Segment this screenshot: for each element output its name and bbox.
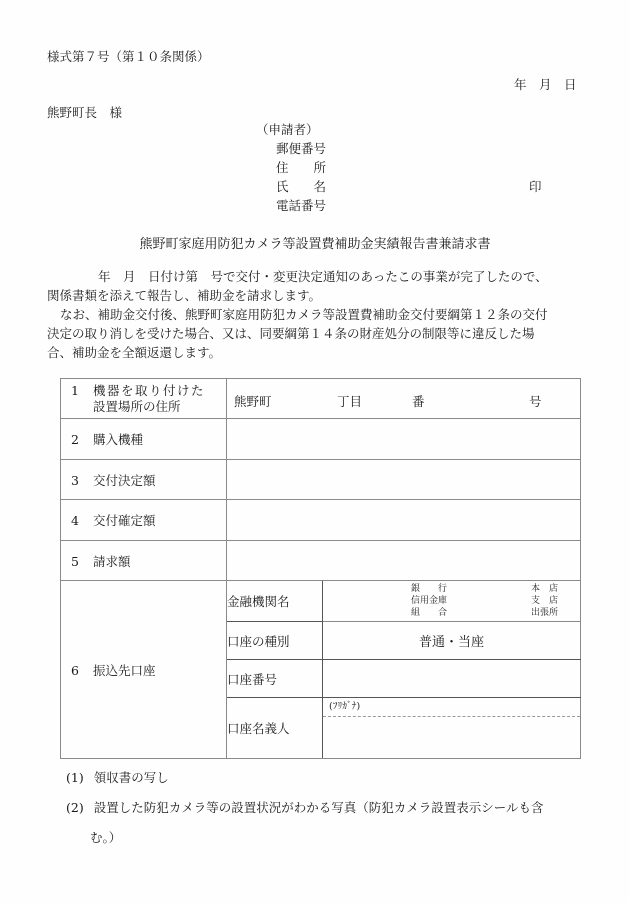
row-label-cell: 3交付決定額 — [61, 460, 227, 500]
date-field: 年 月 日 — [514, 75, 577, 93]
table-row-confirmed-amount: 4交付確定額 — [61, 500, 581, 541]
decided-amount-field[interactable] — [227, 460, 581, 500]
sub-label-account-type: 口座の種別 — [227, 622, 323, 660]
sub-label-account-number: 口座番号 — [227, 660, 323, 698]
address-chome: 丁目 — [337, 392, 362, 410]
attachment-text: 領収書の写し — [94, 770, 169, 785]
form-number: 様式第７号（第１０条関係） — [47, 47, 210, 65]
attachment-item: (1) 領収書の写し — [66, 768, 169, 786]
row-number: 5 — [61, 554, 93, 569]
account-holder-cell: (ﾌﾘｶﾞﾅ) — [323, 698, 581, 759]
bank-type-bank: 銀 行 — [411, 583, 447, 595]
row-label-cell: 6振込先口座 — [61, 581, 227, 759]
report-table: 1 機器を取り付けた 設置場所の住所 熊野町 丁目 番 号 2購入機種 3交付決… — [60, 378, 581, 759]
table-row-bank-name: 6振込先口座 金融機関名 銀 行 信用金庫 組 合 本 店 支 店 出張所 — [61, 581, 581, 622]
document-title: 熊野町家庭用防犯カメラ等設置費補助金実績報告書兼請求書 — [0, 233, 630, 252]
attachment-number: (2) — [66, 800, 84, 815]
row-label-cell: 4交付確定額 — [61, 500, 227, 541]
row-number: 4 — [61, 513, 93, 528]
row-label-line-1: 機器を取り付けた — [93, 383, 205, 399]
name-label: 氏 名 — [276, 177, 326, 195]
row-number: 1 — [61, 383, 93, 415]
install-address-field[interactable]: 熊野町 丁目 番 号 — [227, 379, 581, 419]
row-label: 交付決定額 — [93, 473, 156, 488]
furigana-label: (ﾌﾘｶﾞﾅ) — [329, 701, 360, 712]
phone-label: 電話番号 — [276, 196, 326, 214]
applicant-heading: （申請者） — [256, 120, 319, 138]
model-field[interactable] — [227, 419, 581, 460]
address-label: 住 所 — [276, 158, 326, 176]
furigana-field[interactable]: (ﾌﾘｶﾞﾅ) — [323, 698, 580, 717]
table-row-install-address: 1 機器を取り付けた 設置場所の住所 熊野町 丁目 番 号 — [61, 379, 581, 419]
table-row-decided-amount: 3交付決定額 — [61, 460, 581, 500]
bank-name-field[interactable]: 銀 行 信用金庫 組 合 本 店 支 店 出張所 — [323, 581, 581, 622]
address-go: 号 — [529, 392, 542, 410]
addressee: 熊野町長 様 — [47, 103, 122, 121]
row-label: 振込先口座 — [93, 663, 156, 678]
row-label: 購入機種 — [93, 432, 143, 447]
confirmed-amount-field[interactable] — [227, 500, 581, 541]
attachment-item: (2) 設置した防犯カメラ等の設置状況がわかる写真（防犯カメラ設置表示シールも含 — [66, 798, 543, 816]
account-number-field[interactable] — [323, 660, 581, 698]
address-town: 熊野町 — [234, 392, 272, 410]
row-label-cell: 2購入機種 — [61, 419, 227, 460]
row-number: 6 — [61, 663, 93, 678]
row-number: 2 — [61, 432, 93, 447]
attachment-text-line-1: 設置した防犯カメラ等の設置状況がわかる写真（防犯カメラ設置表示シールも含 — [94, 800, 544, 815]
row-label: 請求額 — [93, 554, 131, 569]
address-ban: 番 — [412, 392, 425, 410]
body-paragraph-2-line-2: 決定の取り消しを受けた場合、又は、同要綱第１４条の財産処分の制限等に違反した場 — [47, 324, 535, 342]
attachment-text-line-2: む。） — [90, 828, 121, 846]
bank-type-kumiai: 組 合 — [411, 607, 447, 619]
row-label-cell: 1 機器を取り付けた 設置場所の住所 — [61, 379, 227, 419]
body-paragraph-2-line-1: なお、補助金交付後、熊野町家庭用防犯カメラ等設置費補助金交付要綱第１２条の交付 — [60, 305, 548, 323]
seal-mark: 印 — [529, 177, 542, 195]
body-paragraph-1-line-2: 関係書類を添えて報告し、補助金を請求します。 — [47, 286, 321, 304]
bank-type-shinkin: 信用金庫 — [411, 595, 447, 607]
row-label-cell: 5請求額 — [61, 541, 227, 581]
account-type-select[interactable]: 普通・当座 — [323, 622, 581, 660]
body-paragraph-1-line-1: 年 月 日付け第 号で交付・変更決定通知のあったこの事業が完了したので、 — [98, 267, 548, 285]
branch-type-office: 出張所 — [531, 607, 558, 619]
branch-type-branch: 支 店 — [531, 595, 558, 607]
table-row-model: 2購入機種 — [61, 419, 581, 460]
account-holder-field[interactable] — [323, 717, 580, 758]
branch-type-main: 本 店 — [531, 583, 558, 595]
row-label: 交付確定額 — [93, 513, 156, 528]
claim-amount-field[interactable] — [227, 541, 581, 581]
sub-label-bank: 金融機関名 — [227, 581, 323, 622]
postal-code-label: 郵便番号 — [276, 139, 326, 157]
body-paragraph-2-line-3: 合、補助金を全額返還します。 — [47, 343, 221, 361]
row-label-line-2: 設置場所の住所 — [93, 399, 205, 415]
table-row-claim-amount: 5請求額 — [61, 541, 581, 581]
attachment-number: (1) — [66, 770, 84, 785]
sub-label-account-holder: 口座名義人 — [227, 698, 323, 759]
row-number: 3 — [61, 473, 93, 488]
